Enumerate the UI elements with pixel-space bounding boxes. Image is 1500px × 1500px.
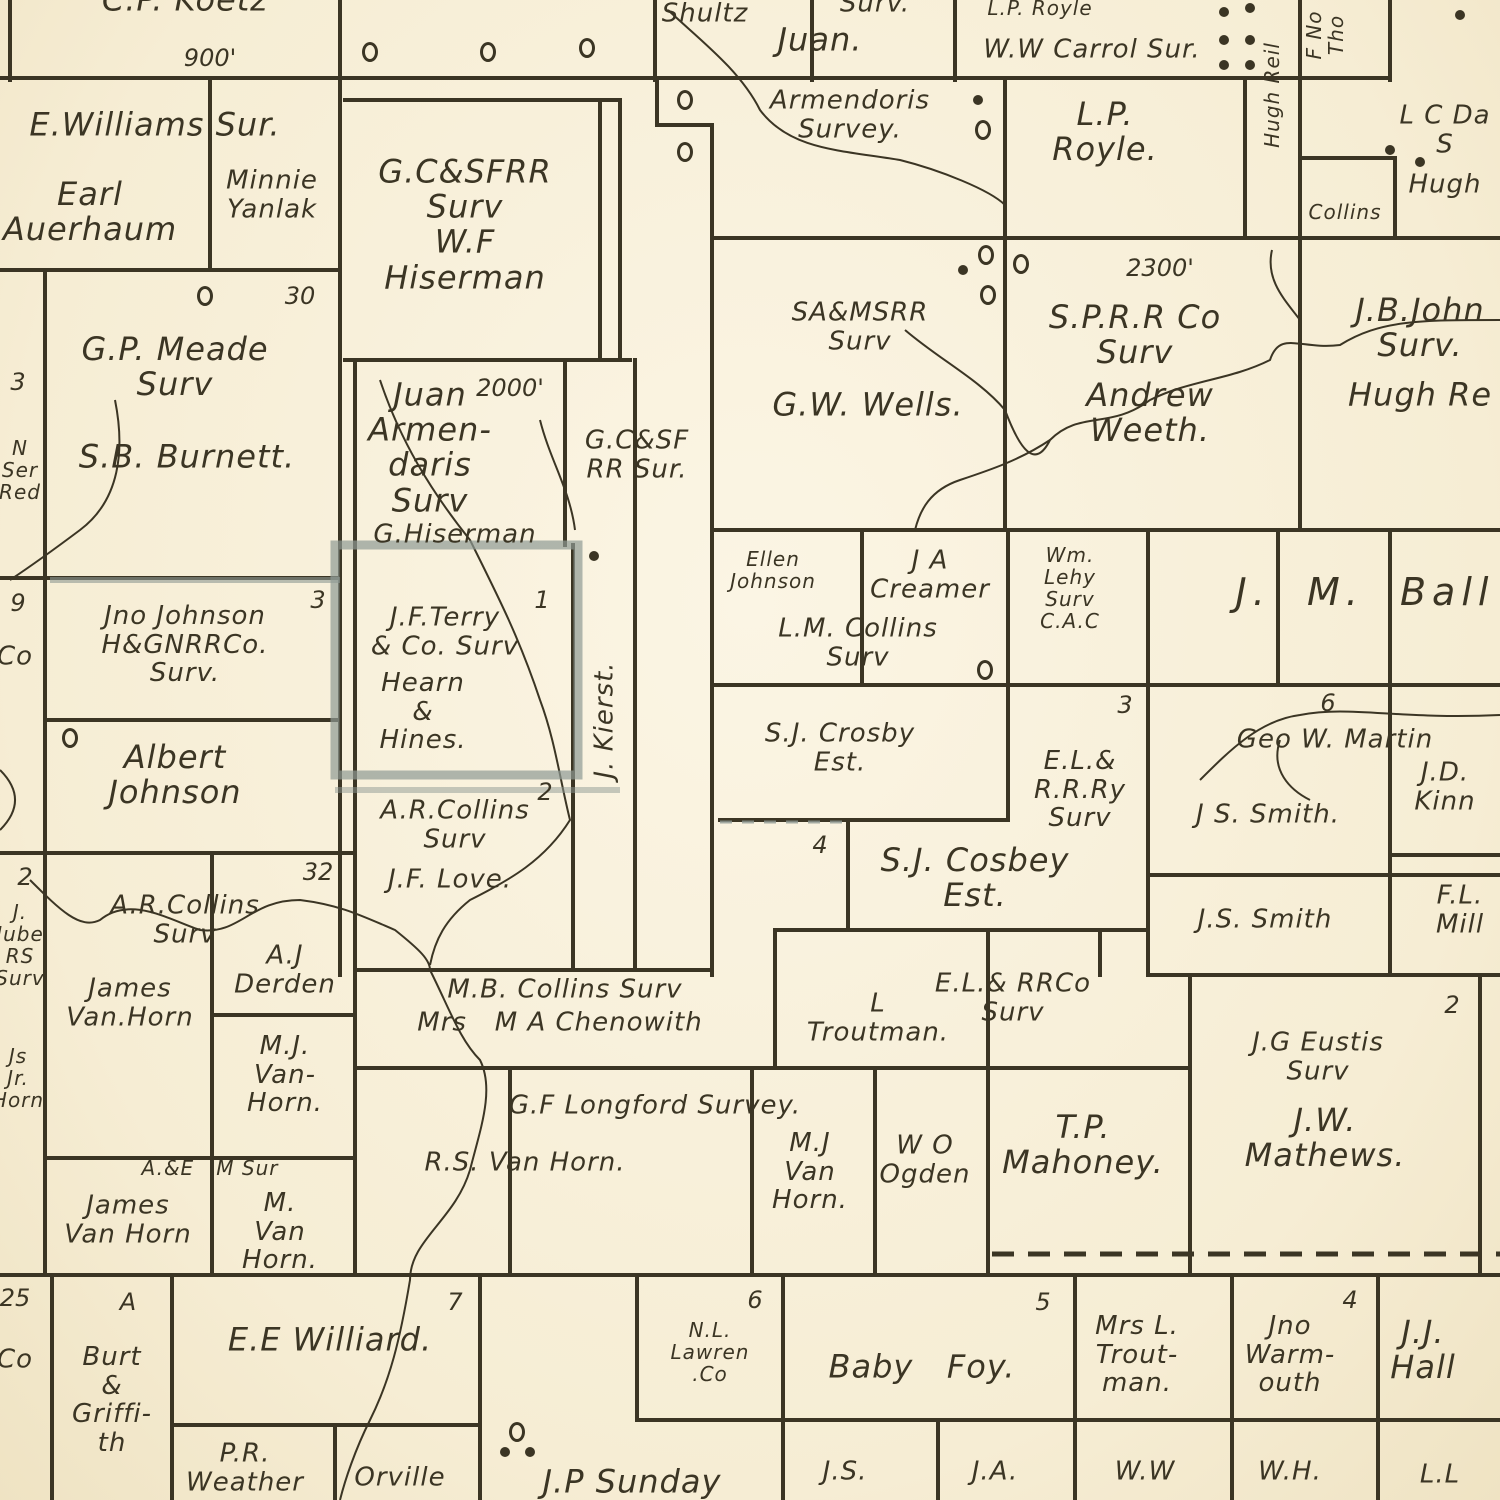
- parcel-label-jp-sunday: J.P Sunday: [543, 1464, 722, 1499]
- dot-marker-icon: [1245, 35, 1255, 45]
- well-icon: [677, 142, 693, 162]
- parcel-label-sprr-co: S.P.R.R Co Surv: [1049, 300, 1221, 370]
- parcel-label-wh-bottom: W.H.: [1258, 1458, 1322, 1487]
- parcel-label-ar-collins-1: A.R.Collins Surv: [380, 796, 530, 853]
- parcel-label-gp-meade: G.P. Meade Surv: [81, 332, 268, 402]
- parcel-label-ja-bottom: J.A.: [972, 1458, 1018, 1487]
- parcel-label-sb-burnett: S.B. Burnett.: [79, 439, 295, 474]
- section-number: 2: [537, 778, 552, 806]
- parcel-label-jube-left: J. Jube RS Surv: [0, 901, 45, 989]
- parcel-label-lm-collins: L.M. Collins Surv: [778, 614, 937, 671]
- parcel-label-sj-crosby: S.J. Crosby Est.: [765, 719, 915, 776]
- parcel-label-mj-van-horn-1: M.J. Van- Horn.: [247, 1032, 323, 1118]
- parcel-label-hugh-re: Hugh Re: [1348, 377, 1492, 412]
- dot-marker-icon: [1385, 145, 1395, 155]
- dot-marker-icon: [1219, 7, 1229, 17]
- parcel-label-lp-royle-top: L.P. Royle: [987, 0, 1092, 19]
- section-number: 2: [1444, 991, 1459, 1019]
- parcel-label-surv-top: Surv.: [840, 0, 910, 18]
- parcel-label-collins-small: Collins: [1309, 201, 1382, 223]
- well-icon: [62, 728, 78, 748]
- parcel-label-g-hiserman: G.Hiserman: [373, 521, 536, 550]
- well-icon: [1013, 254, 1029, 274]
- distance-mark: 900': [184, 44, 236, 72]
- parcel-label-jno-warmouth: Jno Warm- outh: [1245, 1312, 1336, 1398]
- parcel-label-ll-bottom: L.L: [1420, 1461, 1460, 1490]
- section-number: 7: [447, 1288, 462, 1316]
- parcel-label-jf-terry: J.F.Terry & Co. Surv: [371, 603, 519, 660]
- section-number: 32: [303, 858, 334, 886]
- section-number: 6: [747, 1286, 762, 1314]
- parcel-label-tp-mahoney: T.P. Mahoney.: [1002, 1110, 1164, 1180]
- section-number: A: [120, 1288, 136, 1316]
- well-icon: [579, 38, 595, 58]
- parcel-label-earl-auerhaum: Earl Auerhaum: [3, 177, 177, 247]
- parcel-label-el-rr-ry: E.L.& R.R.Ry Surv: [1034, 747, 1126, 833]
- parcel-label-gw-wells: G.W. Wells.: [772, 387, 963, 422]
- parcel-label-js-smith-2: J.S. Smith: [1198, 906, 1333, 935]
- parcel-label-jm-ball: J. M. Ball: [1236, 572, 1495, 614]
- well-icon: [509, 1422, 525, 1442]
- parcel-label-f-no-tho: F No Tho: [1303, 10, 1347, 59]
- parcel-label-hugh-right: Hugh: [1408, 171, 1481, 200]
- parcel-label-horn-left: Js Jr. Horn: [0, 1045, 44, 1111]
- survey-map: C.P. KoetzShultzJuan.Surv.L.P. RoyleW.W …: [0, 0, 1500, 1500]
- section-number: 9: [10, 589, 25, 617]
- parcel-label-jb-john: J.B.John Surv.: [1355, 293, 1484, 363]
- section-number: 30: [285, 282, 316, 310]
- well-icon: [677, 90, 693, 110]
- parcel-label-jno-johnson: Jno Johnson H&GNRRCo. Surv.: [102, 602, 269, 688]
- parcel-label-a-e-m-sur: A.&E M Sur: [142, 1157, 279, 1179]
- section-number: 1: [534, 586, 549, 614]
- dot-marker-icon: [1245, 3, 1255, 13]
- parcel-label-jg-eustis: J.G Eustis Surv: [1252, 1028, 1384, 1085]
- parcel-label-rs-van-horn: R.S. Van Horn.: [424, 1149, 625, 1178]
- dot-marker-icon: [958, 265, 968, 275]
- parcel-label-juan-armendaris: Juan Armen- daris Surv: [368, 378, 492, 519]
- parcel-label-shultz: Shultz: [662, 0, 749, 28]
- section-number: 4: [1342, 1286, 1357, 1314]
- parcel-label-hearn-hines: Hearn & Hines.: [379, 669, 466, 755]
- parcel-label-gf-longford: G.F Longford Survey.: [509, 1092, 801, 1121]
- parcel-label-l-troutman: L Troutman.: [807, 989, 949, 1046]
- parcel-label-j-kierst: J. Kierst.: [591, 661, 620, 778]
- parcel-label-pr-weather: P.R. Weather: [186, 1439, 304, 1496]
- parcel-label-hugh-reil: Hugh Reil: [1261, 42, 1283, 148]
- dot-marker-icon: [973, 95, 983, 105]
- parcel-label-jj-hall: J.J. Hall: [1390, 1315, 1455, 1385]
- section-number: 5: [1035, 1288, 1050, 1316]
- parcel-label-nl-lawrence: N.L. Lawren .Co: [671, 1319, 750, 1385]
- parcel-label-n-left: N Ser Red: [0, 437, 41, 503]
- dot-marker-icon: [1245, 60, 1255, 70]
- parcel-label-armendoris: Armendoris Survey.: [770, 86, 930, 143]
- parcel-label-sj-cosbey: S.J. Cosbey Est.: [881, 843, 1070, 913]
- parcel-label-mb-collins: M.B. Collins Surv: [447, 976, 682, 1005]
- parcel-label-el-rr-co: E.L.& RRCo Surv: [935, 969, 1091, 1026]
- parcel-label-mrs-ma-chenowith: Mrs M A Chenowith: [417, 1009, 702, 1038]
- parcel-label-wm-lehy: Wm. Lehy Surv C.A.C: [1040, 544, 1100, 632]
- parcel-label-andrew-weeth: Andrew Weeth.: [1086, 378, 1214, 448]
- parcel-label-gcsf-rr-hiserman: G.C&SFRR Surv W.F Hiserman: [378, 155, 551, 296]
- parcel-label-cp-koetz: C.P. Koetz: [102, 0, 268, 18]
- parcel-label-ee-williard: E.E Williard.: [228, 1322, 432, 1357]
- parcel-label-aj-derden: A.J Derden: [234, 941, 336, 998]
- dot-marker-icon: [1219, 35, 1229, 45]
- section-number: 3: [310, 586, 325, 614]
- parcel-label-jd-kinn: J.D. Kinn: [1414, 758, 1475, 815]
- parcel-label-albert-johnson: Albert Johnson: [108, 740, 241, 810]
- parcel-label-mrs-l-troutman: Mrs L. Trout- man.: [1095, 1312, 1179, 1398]
- section-number: 3: [1117, 691, 1132, 719]
- parcel-label-orville: Orville: [354, 1464, 445, 1493]
- parcel-label-co-left-2: Co: [0, 1346, 33, 1375]
- section-number: 2: [17, 863, 32, 891]
- well-icon: [980, 285, 996, 305]
- distance-mark: 2300': [1126, 254, 1194, 282]
- dot-marker-icon: [1455, 10, 1465, 20]
- dot-marker-icon: [500, 1447, 510, 1457]
- parcel-label-lp-royle: L.P. Royle.: [1052, 97, 1158, 167]
- parcel-label-james-van-horn-2: James Van Horn: [64, 1191, 191, 1248]
- parcel-label-ww-carrol: W.W Carrol Sur.: [983, 36, 1200, 65]
- parcel-label-geo-martin: Geo W. Martin: [1237, 726, 1433, 755]
- well-icon: [977, 660, 993, 680]
- parcel-label-ellen-johnson: Ellen Johnson: [730, 548, 816, 592]
- parcel-label-ar-collins-2: A.R.Collins Surv: [110, 891, 260, 948]
- dot-marker-icon: [589, 551, 599, 561]
- well-icon: [362, 42, 378, 62]
- parcel-label-gcsf-rr-sur: G.C&SF RR Sur.: [585, 426, 689, 483]
- parcel-label-js-smith-1: J S. Smith.: [1196, 801, 1340, 830]
- parcel-label-m-van-horn: M. Van Horn.: [242, 1189, 318, 1275]
- dot-marker-icon: [1219, 60, 1229, 70]
- parcel-label-fl-mill: F.L. Mill: [1436, 881, 1484, 938]
- parcel-label-jw-mathews: J.W. Mathews.: [1245, 1103, 1406, 1173]
- section-number: 3: [10, 368, 25, 396]
- parcel-label-saemsrr: SA&MSRR Surv: [792, 298, 929, 355]
- well-icon: [197, 286, 213, 306]
- section-number: 4: [812, 831, 827, 859]
- dot-marker-icon: [1415, 157, 1425, 167]
- parcel-label-js-bottom: J.S.: [823, 1458, 868, 1487]
- well-icon: [978, 245, 994, 265]
- parcel-label-e-williams: E.Williams Sur.: [29, 107, 280, 142]
- distance-mark: 2000': [476, 374, 544, 402]
- parcel-label-minnie-yanlak: Minnie Yanlak: [226, 166, 318, 223]
- well-icon: [480, 42, 496, 62]
- section-number: 6: [1320, 689, 1335, 717]
- parcel-label-baby-foy: Baby Foy.: [829, 1349, 1016, 1384]
- section-number: 25: [0, 1284, 30, 1312]
- well-icon: [975, 120, 991, 140]
- parcel-label-lc-da: L C Da S: [1399, 101, 1490, 158]
- parcel-label-juan: Juan.: [778, 22, 863, 57]
- parcel-label-co-left: Co: [0, 643, 33, 672]
- dot-marker-icon: [525, 1447, 535, 1457]
- parcel-label-ww-bottom: W.W: [1115, 1458, 1176, 1487]
- parcel-label-burt-griffith: Burt & Griffi- th: [72, 1343, 152, 1457]
- parcel-label-mj-van-horn-2: M.J Van Horn.: [772, 1129, 848, 1215]
- parcel-label-ja-creamer: J A Creamer: [870, 546, 990, 603]
- parcel-label-jf-love: J.F. Love.: [388, 866, 512, 895]
- parcel-label-james-van-horn-1: James Van.Horn: [66, 974, 193, 1031]
- parcel-label-wo-ogden: W O Ogden: [880, 1131, 971, 1188]
